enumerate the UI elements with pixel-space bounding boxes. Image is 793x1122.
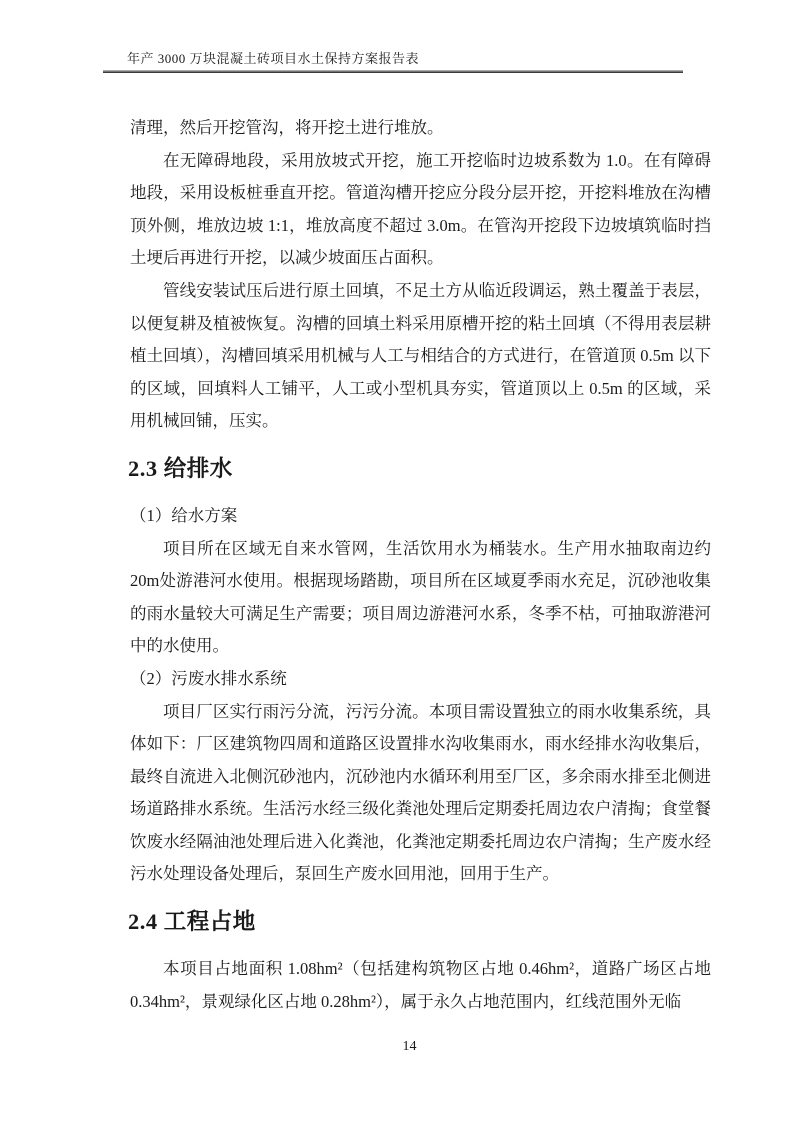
paragraph-excavation: 在无障碍地段，采用放坡式开挖，施工开挖临时边坡系数为 1.0。在有障碍地段，采用… <box>130 145 711 275</box>
subsection-label-wastewater-system: （2）污废水排水系统 <box>130 663 711 696</box>
page-footer: 14 <box>13 1038 793 1056</box>
document-body: 清理，然后开挖管沟，将开挖土进行堆放。 在无障碍地段，采用放坡式开挖，施工开挖临… <box>130 112 711 1018</box>
paragraph-trench-continuation: 清理，然后开挖管沟，将开挖土进行堆放。 <box>130 112 711 145</box>
section-heading-2-4-land-occupation: 2.4 工程占地 <box>128 905 711 939</box>
subsection-label-water-supply: （1）给水方案 <box>130 500 711 533</box>
header-title: 年产 3000 万块混凝土砖项目水土保持方案报告表 <box>127 51 419 67</box>
paragraph-wastewater-system: 项目厂区实行雨污分流，污污分流。本项目需设置独立的雨水收集系统，具体如下：厂区建… <box>130 696 711 892</box>
document-page: 年产 3000 万块混凝土砖项目水土保持方案报告表 清理，然后开挖管沟，将开挖土… <box>0 0 793 1122</box>
page-number: 14 <box>403 1039 417 1054</box>
paragraph-land-occupation: 本项目占地面积 1.08hm²（包括建构筑物区占地 0.46hm²，道路广场区占… <box>130 953 711 1018</box>
paragraph-backfill: 管线安装试压后进行原土回填，不足土方从临近段调运，熟土覆盖于表层，以便复耕及植被… <box>130 275 711 438</box>
section-heading-2-3-drainage: 2.3 给排水 <box>128 452 711 486</box>
header-rule <box>103 70 683 73</box>
paragraph-water-supply: 项目所在区域无自来水管网，生活饮用水为桶装水。生产用水抽取南边约20m处游港河水… <box>130 533 711 663</box>
